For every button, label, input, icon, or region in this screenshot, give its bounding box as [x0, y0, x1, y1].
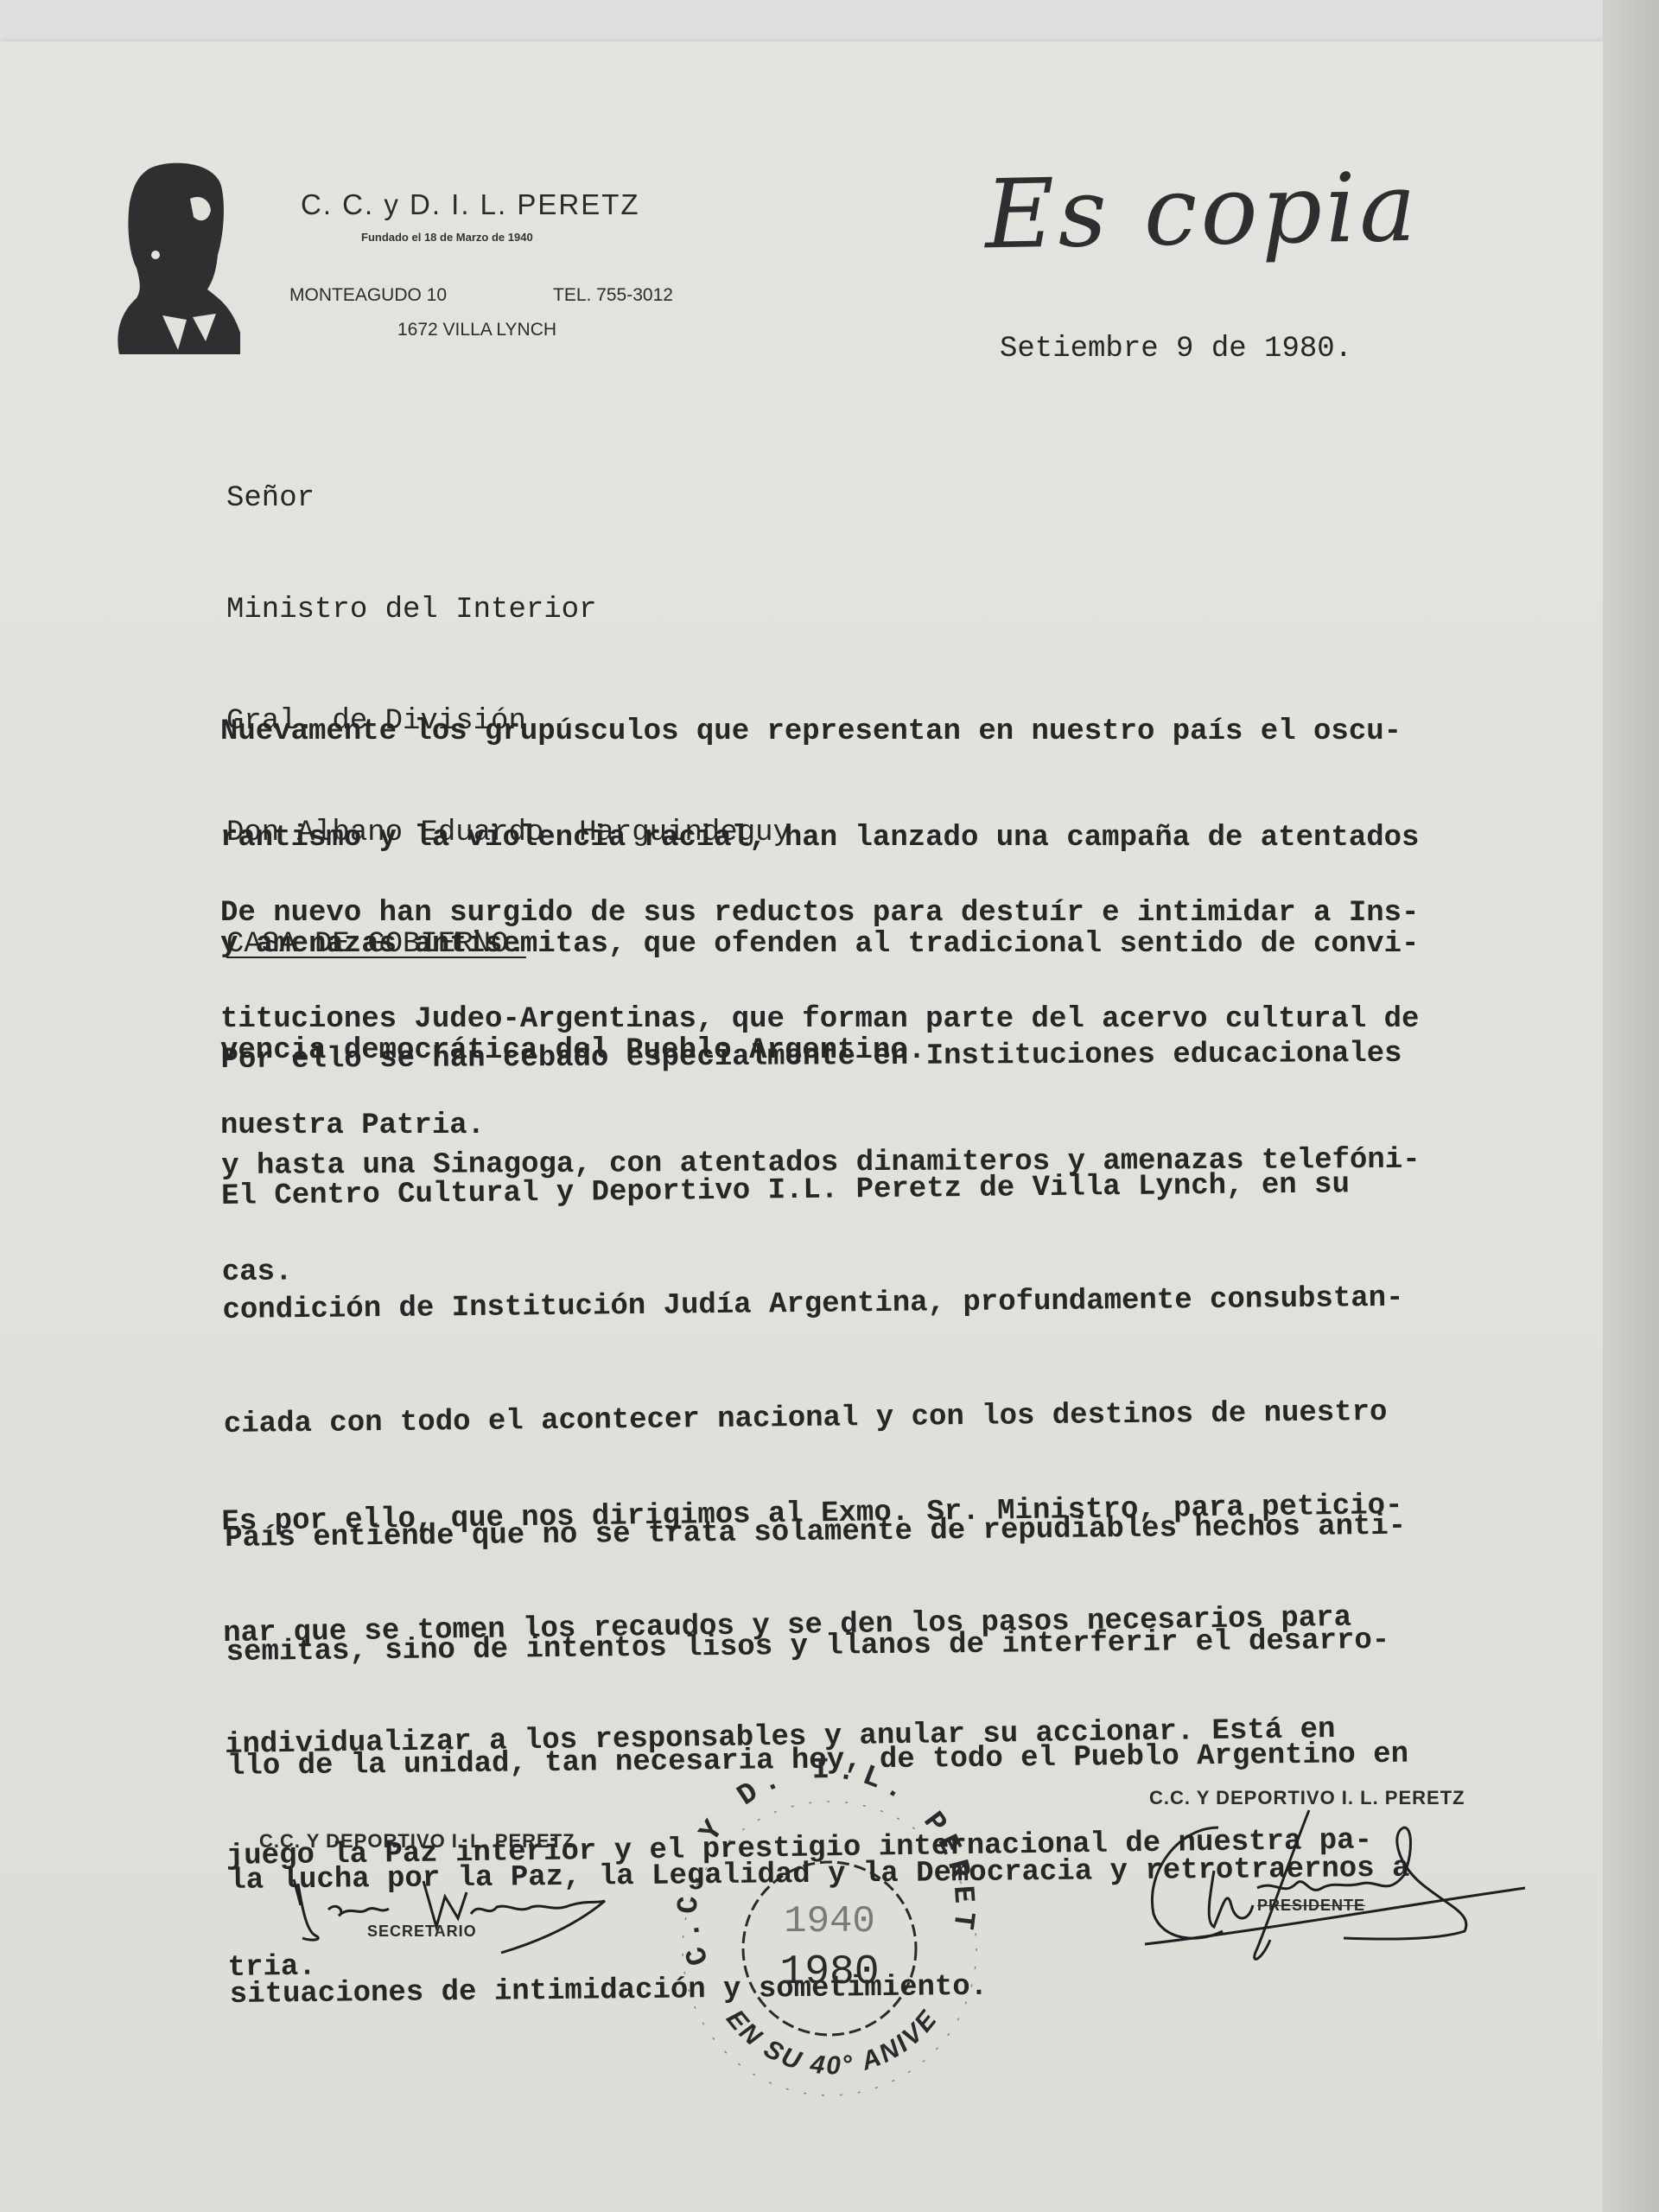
page-edge-shadow [1603, 0, 1659, 2212]
anniversary-seal-icon: C.C. Y D. I.L. PERETZ - V. LYNCH EN SU 4… [657, 1754, 1002, 2117]
paragraph-line: condición de Institución Judía Argentina… [222, 1280, 1403, 1330]
seal-year-founded: 1940 [784, 1900, 875, 1943]
seal-year-current: 1980 [779, 1949, 879, 1996]
paragraph-line: Nuevamente los grupúsculos que represent… [220, 715, 1419, 750]
paragraph-line: nar que se tomen los recaudos y se den l… [223, 1599, 1404, 1653]
founded-date: Fundado el 18 de Marzo de 1940 [361, 231, 533, 244]
secretary-role-stamp: SECRETARIO [367, 1923, 477, 1941]
secretary-stamp-org: C.C. Y DEPORTIVO I. L. PERETZ [259, 1830, 575, 1853]
org-phone: TEL. 755-3012 [553, 285, 673, 306]
secretary-signature-icon [285, 1871, 631, 1966]
paragraph-line: De nuevo han surgido de sus reductos par… [220, 896, 1419, 931]
addressee-line: Señor [226, 480, 791, 518]
paragraph-line: Es por ello, que nos dirigimos al Exmo. … [221, 1488, 1402, 1541]
org-city: 1672 VILLA LYNCH [397, 320, 556, 340]
handwritten-note: Es copia [984, 152, 1421, 270]
addressee-line: Ministro del Interior [226, 592, 791, 629]
letter-date: Setiembre 9 de 1980. [1000, 333, 1352, 365]
paragraph-line: El Centro Cultural y Deportivo I.L. Pere… [221, 1166, 1402, 1216]
paragraph-line: Por ello se han cebado especialmente en … [220, 1037, 1420, 1078]
president-signature-icon [1128, 1802, 1542, 1966]
portrait-silhouette-icon [111, 160, 249, 359]
org-address: MONTEAGUDO 10 [289, 285, 447, 306]
president-role-stamp: PRESIDENTE [1257, 1897, 1365, 1915]
organization-name: C. C. y D. I. L. PERETZ [301, 188, 690, 221]
